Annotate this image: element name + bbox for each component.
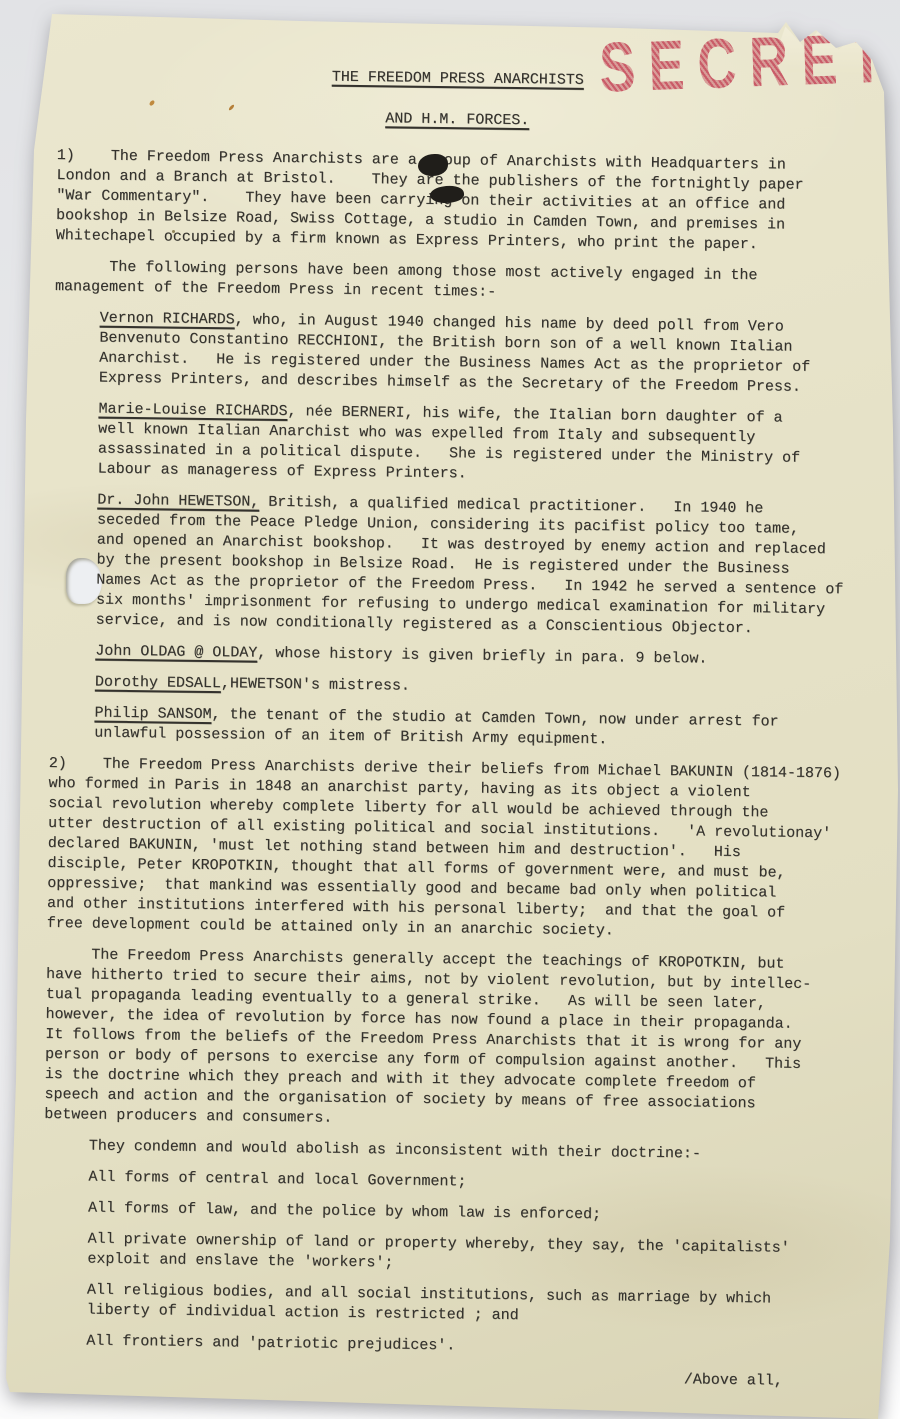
text-line: All frontiers and 'patriotic prejudices'… xyxy=(86,1331,841,1361)
text-line: John OLDAG @ OLDAY, whose history is giv… xyxy=(95,642,850,672)
ink-blot xyxy=(418,154,448,176)
paragraph: They condemn and would abolish as incons… xyxy=(44,1136,844,1166)
underlined-name: Philip SANSOM xyxy=(94,705,211,724)
title-text: AND H.M. FORCES. xyxy=(385,110,529,129)
paragraph: The following persons have been among th… xyxy=(55,257,855,307)
document-title: AND H.M. FORCES. xyxy=(57,105,857,135)
text-line: They condemn and would abolish as incons… xyxy=(44,1136,844,1166)
secret-stamp: SECRET xyxy=(598,18,898,109)
list-item: All private ownership of land or propert… xyxy=(87,1229,842,1279)
entry: John OLDAG @ OLDAY, whose history is giv… xyxy=(95,642,850,672)
entry: Dorothy EDSALL,HEWETSON's mistress. xyxy=(95,673,850,703)
entry: Dr. John HEWETSON, British, a qualified … xyxy=(96,491,853,641)
entry: Marie-Louise RICHARDS, née BERNERI, his … xyxy=(98,400,854,490)
paragraph: The Freedom Press Anarchists generally a… xyxy=(44,945,846,1135)
title-text: THE FREEDOM PRESS ANARCHISTS xyxy=(332,69,584,89)
list-item: All frontiers and 'patriotic prejudices'… xyxy=(86,1331,841,1361)
underlined-name: Dr. John HEWETSON, xyxy=(97,492,259,511)
text-line: /Above all, xyxy=(41,1362,783,1392)
text-line: All forms of law, and the police by whom… xyxy=(88,1198,843,1228)
list-item: All religious bodies, and all social ins… xyxy=(87,1280,842,1330)
paper-shadow-wrap: THE FREEDOM PRESS ANARCHISTSAND H.M. FOR… xyxy=(0,0,900,1419)
list-item: All forms of central and local Governmen… xyxy=(88,1167,843,1197)
text-line: Dorothy EDSALL,HEWETSON's mistress. xyxy=(95,673,850,703)
document-page: THE FREEDOM PRESS ANARCHISTSAND H.M. FOR… xyxy=(0,0,900,1419)
underlined-name: Vernon RICHARDS xyxy=(100,310,235,329)
paragraph: 2) The Freedom Press Anarchists derive t… xyxy=(47,754,849,944)
corner-crease xyxy=(14,12,37,150)
document-body: THE FREEDOM PRESS ANARCHISTSAND H.M. FOR… xyxy=(0,0,859,1403)
entry: Vernon RICHARDS, who, in August 1940 cha… xyxy=(99,309,855,399)
text-line: AND H.M. FORCES. xyxy=(57,105,857,135)
underlined-name: Marie-Louise RICHARDS xyxy=(98,401,287,420)
text-line: All forms of central and local Governmen… xyxy=(88,1167,843,1197)
entry: Philip SANSOM, the tenant of the studio … xyxy=(94,704,849,754)
underlined-name: Dorothy EDSALL xyxy=(95,674,221,693)
continuation: /Above all, xyxy=(41,1362,841,1392)
list-item: All forms of law, and the police by whom… xyxy=(88,1198,843,1228)
scanned-document-scene: THE FREEDOM PRESS ANARCHISTSAND H.M. FOR… xyxy=(0,0,900,1419)
underlined-name: John OLDAG @ OLDAY xyxy=(95,643,257,662)
